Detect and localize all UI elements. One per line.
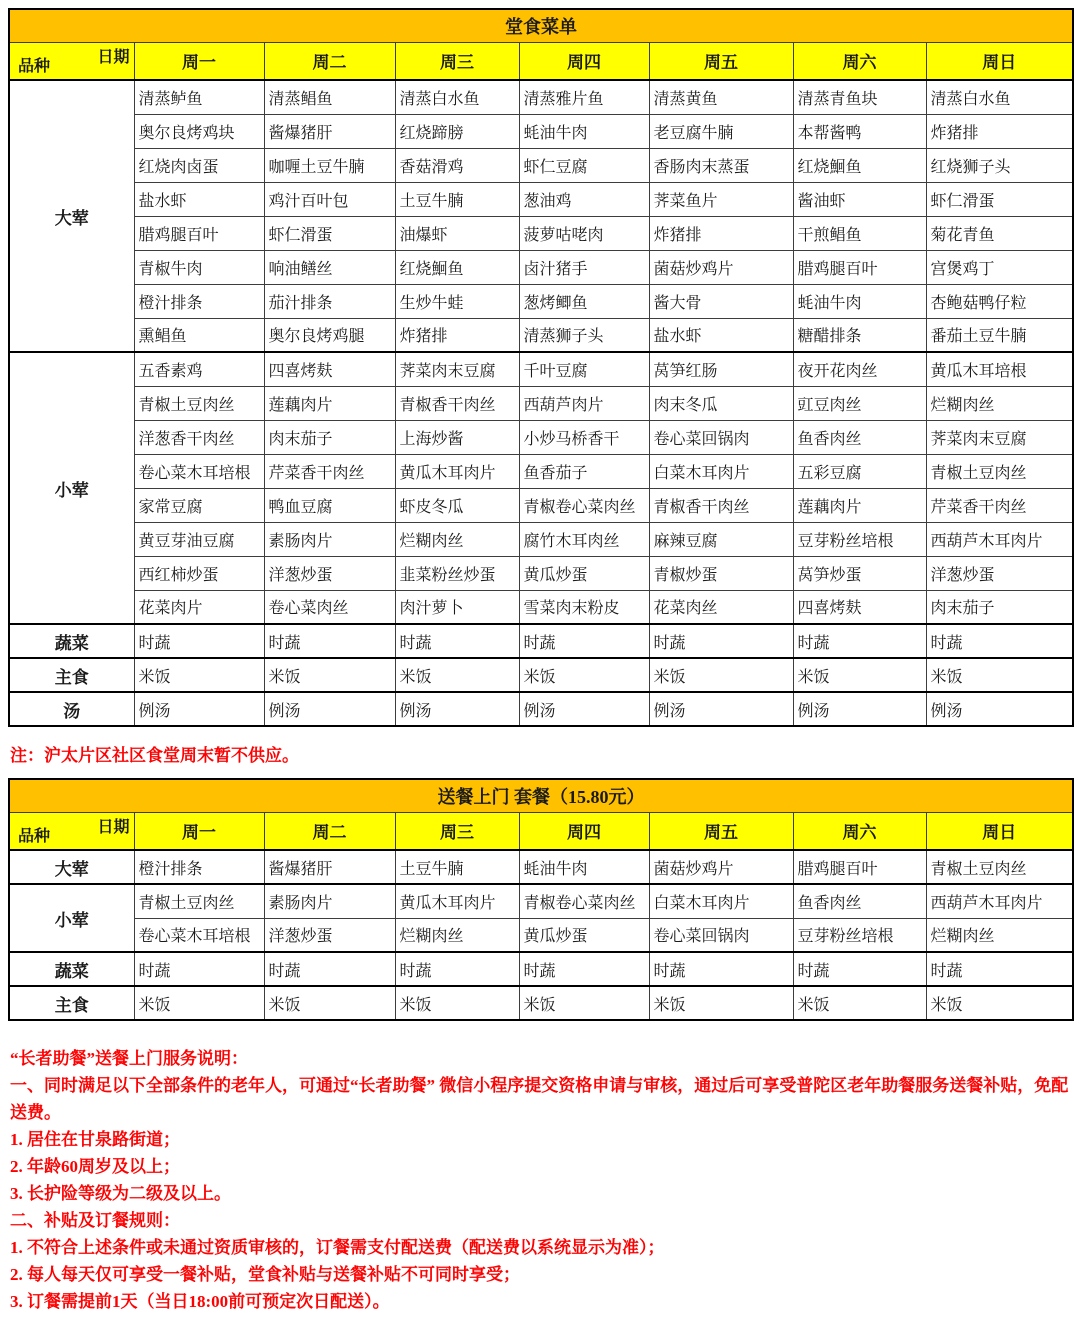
service-note-line: 2. 每人每天仅可享受一餐补贴，堂食补贴与送餐补贴不可同时享受； bbox=[10, 1261, 1070, 1288]
dish-cell: 时蔬 bbox=[649, 952, 793, 986]
dish-cell: 腊鸡腿百叶 bbox=[134, 216, 264, 250]
dish-cell: 番茄土豆牛腩 bbox=[926, 318, 1073, 352]
dish-cell: 青椒牛肉 bbox=[134, 250, 264, 284]
dish-cell: 四喜烤麸 bbox=[264, 352, 395, 386]
dish-cell: 青椒香干肉丝 bbox=[395, 386, 519, 420]
dish-cell: 米饭 bbox=[793, 658, 926, 692]
service-note-line: 3. 长护险等级为二级及以上。 bbox=[10, 1180, 1070, 1207]
dish-cell: 千叶豆腐 bbox=[519, 352, 649, 386]
dish-cell: 西葫芦木耳肉片 bbox=[926, 522, 1073, 556]
dish-cell: 芹菜香干肉丝 bbox=[926, 488, 1073, 522]
dish-cell: 干煎鲳鱼 bbox=[793, 216, 926, 250]
dish-cell: 家常豆腐 bbox=[134, 488, 264, 522]
weekend-note: 注：沪太片区社区食堂周末暂不供应。 bbox=[10, 741, 1070, 766]
day-header: 周五 bbox=[649, 42, 793, 80]
dish-cell: 米饭 bbox=[264, 658, 395, 692]
dish-cell: 本帮酱鸭 bbox=[793, 114, 926, 148]
category-cell: 小荤 bbox=[9, 352, 134, 624]
dish-cell: 橙汁排条 bbox=[134, 850, 264, 884]
dish-cell: 红烧狮子头 bbox=[926, 148, 1073, 182]
dish-cell: 莲藕肉片 bbox=[793, 488, 926, 522]
dish-cell: 红烧鮰鱼 bbox=[793, 148, 926, 182]
day-header: 周二 bbox=[264, 42, 395, 80]
dish-cell: 青椒土豆肉丝 bbox=[134, 884, 264, 918]
category-cell: 小荤 bbox=[9, 884, 134, 952]
dish-cell: 五彩豆腐 bbox=[793, 454, 926, 488]
day-header: 周日 bbox=[926, 812, 1073, 850]
day-header: 周一 bbox=[134, 812, 264, 850]
category-cell: 蔬菜 bbox=[9, 952, 134, 986]
dish-cell: 夜开花肉丝 bbox=[793, 352, 926, 386]
dish-cell: 黄瓜炒蛋 bbox=[519, 556, 649, 590]
day-header: 周六 bbox=[793, 812, 926, 850]
day-header: 周一 bbox=[134, 42, 264, 80]
dish-cell: 熏鲳鱼 bbox=[134, 318, 264, 352]
dish-cell: 杏鲍菇鸭仔粒 bbox=[926, 284, 1073, 318]
dish-cell: 雪菜肉末粉皮 bbox=[519, 590, 649, 624]
dish-cell: 卷心菜木耳培根 bbox=[134, 454, 264, 488]
dish-cell: 酱油虾 bbox=[793, 182, 926, 216]
dish-cell: 土豆牛腩 bbox=[395, 182, 519, 216]
dish-cell: 青椒炒蛋 bbox=[649, 556, 793, 590]
dish-cell: 香菇滑鸡 bbox=[395, 148, 519, 182]
service-note-line: 2. 年龄60周岁及以上； bbox=[10, 1153, 1070, 1180]
dish-cell: 时蔬 bbox=[926, 952, 1073, 986]
corner-date-label: 日期 bbox=[97, 814, 129, 837]
dish-cell: 荠菜鱼片 bbox=[649, 182, 793, 216]
dish-cell: 蚝油牛肉 bbox=[519, 114, 649, 148]
dish-cell: 老豆腐牛腩 bbox=[649, 114, 793, 148]
dish-cell: 炸猪排 bbox=[926, 114, 1073, 148]
category-cell: 大荤 bbox=[9, 850, 134, 884]
dish-cell: 清蒸鲈鱼 bbox=[134, 80, 264, 114]
dish-cell: 生炒牛蛙 bbox=[395, 284, 519, 318]
dish-cell: 肉末冬瓜 bbox=[649, 386, 793, 420]
menu-title: 送餐上门 套餐（15.80元） bbox=[9, 779, 1073, 812]
dish-cell: 洋葱香干肉丝 bbox=[134, 420, 264, 454]
dish-cell: 青椒土豆肉丝 bbox=[926, 850, 1073, 884]
dish-cell: 茄汁排条 bbox=[264, 284, 395, 318]
dish-cell: 小炒马桥香干 bbox=[519, 420, 649, 454]
day-header: 周四 bbox=[519, 812, 649, 850]
dish-cell: 时蔬 bbox=[519, 624, 649, 658]
dish-cell: 菠萝咕咾肉 bbox=[519, 216, 649, 250]
dish-cell: 米饭 bbox=[395, 986, 519, 1020]
dish-cell: 米饭 bbox=[519, 658, 649, 692]
dish-cell: 例汤 bbox=[793, 692, 926, 726]
corner-category-label: 品种 bbox=[18, 823, 50, 846]
dish-cell: 清蒸青鱼块 bbox=[793, 80, 926, 114]
dish-cell: 时蔬 bbox=[649, 624, 793, 658]
dish-cell: 米饭 bbox=[395, 658, 519, 692]
dish-cell: 卷心菜肉丝 bbox=[264, 590, 395, 624]
dish-cell: 素肠肉片 bbox=[264, 522, 395, 556]
dish-cell: 鸡汁百叶包 bbox=[264, 182, 395, 216]
menu-title: 堂食菜单 bbox=[9, 9, 1073, 42]
category-cell: 主食 bbox=[9, 986, 134, 1020]
dish-cell: 豆芽粉丝培根 bbox=[793, 522, 926, 556]
dish-cell: 糖醋排条 bbox=[793, 318, 926, 352]
day-header: 周二 bbox=[264, 812, 395, 850]
dish-cell: 虾皮冬瓜 bbox=[395, 488, 519, 522]
dish-cell: 时蔬 bbox=[264, 624, 395, 658]
dish-cell: 卤汁猪手 bbox=[519, 250, 649, 284]
dish-cell: 青椒卷心菜肉丝 bbox=[519, 884, 649, 918]
dish-cell: 时蔬 bbox=[926, 624, 1073, 658]
dish-cell: 青椒土豆肉丝 bbox=[926, 454, 1073, 488]
dish-cell: 清蒸狮子头 bbox=[519, 318, 649, 352]
dish-cell: 荠菜肉末豆腐 bbox=[926, 420, 1073, 454]
dish-cell: 米饭 bbox=[649, 658, 793, 692]
service-note-line: 1. 居住在甘泉路街道； bbox=[10, 1126, 1070, 1153]
dish-cell: 咖喱土豆牛腩 bbox=[264, 148, 395, 182]
dish-cell: 清蒸白水鱼 bbox=[395, 80, 519, 114]
dish-cell: 麻辣豆腐 bbox=[649, 522, 793, 556]
dish-cell: 蚝油牛肉 bbox=[519, 850, 649, 884]
dish-cell: 虾仁豆腐 bbox=[519, 148, 649, 182]
dish-cell: 清蒸白水鱼 bbox=[926, 80, 1073, 114]
dish-cell: 青椒土豆肉丝 bbox=[134, 386, 264, 420]
dish-cell: 烂糊肉丝 bbox=[395, 522, 519, 556]
dish-cell: 莲藕肉片 bbox=[264, 386, 395, 420]
dish-cell: 例汤 bbox=[519, 692, 649, 726]
day-header: 周日 bbox=[926, 42, 1073, 80]
dish-cell: 虾仁滑蛋 bbox=[264, 216, 395, 250]
dish-cell: 例汤 bbox=[134, 692, 264, 726]
dish-cell: 素肠肉片 bbox=[264, 884, 395, 918]
dish-cell: 豆芽粉丝培根 bbox=[793, 918, 926, 952]
dish-cell: 时蔬 bbox=[395, 624, 519, 658]
dish-cell: 黄瓜木耳肉片 bbox=[395, 884, 519, 918]
service-note-line: “长者助餐”送餐上门服务说明： bbox=[10, 1045, 1070, 1072]
dish-cell: 米饭 bbox=[134, 986, 264, 1020]
dish-cell: 豇豆肉丝 bbox=[793, 386, 926, 420]
dish-cell: 鸭血豆腐 bbox=[264, 488, 395, 522]
dish-cell: 清蒸黄鱼 bbox=[649, 80, 793, 114]
dish-cell: 鱼香肉丝 bbox=[793, 420, 926, 454]
dish-cell: 菌菇炒鸡片 bbox=[649, 850, 793, 884]
dish-cell: 白菜木耳肉片 bbox=[649, 454, 793, 488]
dish-cell: 橙汁排条 bbox=[134, 284, 264, 318]
dish-cell: 时蔬 bbox=[134, 624, 264, 658]
day-header: 周三 bbox=[395, 812, 519, 850]
dish-cell: 西红柿炒蛋 bbox=[134, 556, 264, 590]
service-note-line: 二、补贴及订餐规则： bbox=[10, 1207, 1070, 1234]
dish-cell: 酱爆猪肝 bbox=[264, 114, 395, 148]
dish-cell: 鱼香茄子 bbox=[519, 454, 649, 488]
dish-cell: 蚝油牛肉 bbox=[793, 284, 926, 318]
dish-cell: 米饭 bbox=[926, 986, 1073, 1020]
day-header: 周六 bbox=[793, 42, 926, 80]
dish-cell: 芹菜香干肉丝 bbox=[264, 454, 395, 488]
dish-cell: 红烧蹄膀 bbox=[395, 114, 519, 148]
dish-cell: 烂糊肉丝 bbox=[926, 386, 1073, 420]
dish-cell: 米饭 bbox=[926, 658, 1073, 692]
dish-cell: 腊鸡腿百叶 bbox=[793, 850, 926, 884]
dish-cell: 例汤 bbox=[264, 692, 395, 726]
dish-cell: 洋葱炒蛋 bbox=[264, 556, 395, 590]
dish-cell: 莴笋红肠 bbox=[649, 352, 793, 386]
dish-cell: 奥尔良烤鸡块 bbox=[134, 114, 264, 148]
service-note-line: 1. 不符合上述条件或未通过资质审核的，订餐需支付配送费（配送费以系统显示为准）… bbox=[10, 1234, 1070, 1261]
category-cell: 主食 bbox=[9, 658, 134, 692]
dish-cell: 肉汁萝卜 bbox=[395, 590, 519, 624]
dish-cell: 花菜肉片 bbox=[134, 590, 264, 624]
dish-cell: 葱油鸡 bbox=[519, 182, 649, 216]
dish-cell: 烂糊肉丝 bbox=[926, 918, 1073, 952]
dish-cell: 鱼香肉丝 bbox=[793, 884, 926, 918]
dish-cell: 盐水虾 bbox=[134, 182, 264, 216]
dish-cell: 例汤 bbox=[395, 692, 519, 726]
dish-cell: 荠菜肉末豆腐 bbox=[395, 352, 519, 386]
corner-cell: 日期品种 bbox=[9, 42, 134, 80]
dish-cell: 烂糊肉丝 bbox=[395, 918, 519, 952]
dish-cell: 土豆牛腩 bbox=[395, 850, 519, 884]
dish-cell: 洋葱炒蛋 bbox=[926, 556, 1073, 590]
dish-cell: 时蔬 bbox=[793, 952, 926, 986]
dish-cell: 西葫芦木耳肉片 bbox=[926, 884, 1073, 918]
dish-cell: 肉末茄子 bbox=[264, 420, 395, 454]
dish-cell: 腐竹木耳肉丝 bbox=[519, 522, 649, 556]
dish-cell: 炸猪排 bbox=[395, 318, 519, 352]
corner-category-label: 品种 bbox=[18, 53, 50, 76]
dish-cell: 油爆虾 bbox=[395, 216, 519, 250]
dish-cell: 白菜木耳肉片 bbox=[649, 884, 793, 918]
dish-cell: 香肠肉末蒸蛋 bbox=[649, 148, 793, 182]
dish-cell: 黄瓜木耳培根 bbox=[926, 352, 1073, 386]
dish-cell: 炸猪排 bbox=[649, 216, 793, 250]
dine-in-menu-table: 堂食菜单日期品种周一周二周三周四周五周六周日大荤清蒸鲈鱼清蒸鲳鱼清蒸白水鱼清蒸雅… bbox=[8, 8, 1074, 727]
category-cell: 汤 bbox=[9, 692, 134, 726]
day-header: 周四 bbox=[519, 42, 649, 80]
dish-cell: 菌菇炒鸡片 bbox=[649, 250, 793, 284]
day-header: 周三 bbox=[395, 42, 519, 80]
dish-cell: 奥尔良烤鸡腿 bbox=[264, 318, 395, 352]
service-note-line: 一、同时满足以下全部条件的老年人，可通过“长者助餐” 微信小程序提交资格申请与审… bbox=[10, 1072, 1070, 1126]
dish-cell: 宫煲鸡丁 bbox=[926, 250, 1073, 284]
dish-cell: 米饭 bbox=[793, 986, 926, 1020]
dish-cell: 黄瓜木耳肉片 bbox=[395, 454, 519, 488]
dish-cell: 清蒸雅片鱼 bbox=[519, 80, 649, 114]
dish-cell: 时蔬 bbox=[134, 952, 264, 986]
dish-cell: 洋葱炒蛋 bbox=[264, 918, 395, 952]
dish-cell: 黄豆芽油豆腐 bbox=[134, 522, 264, 556]
dish-cell: 菊花青鱼 bbox=[926, 216, 1073, 250]
dish-cell: 葱烤鲫鱼 bbox=[519, 284, 649, 318]
delivery-menu-table: 送餐上门 套餐（15.80元）日期品种周一周二周三周四周五周六周日大荤橙汁排条酱… bbox=[8, 778, 1074, 1021]
dish-cell: 红烧肉卤蛋 bbox=[134, 148, 264, 182]
dish-cell: 青椒卷心菜肉丝 bbox=[519, 488, 649, 522]
dish-cell: 盐水虾 bbox=[649, 318, 793, 352]
dish-cell: 青椒香干肉丝 bbox=[649, 488, 793, 522]
category-cell: 蔬菜 bbox=[9, 624, 134, 658]
dish-cell: 清蒸鲳鱼 bbox=[264, 80, 395, 114]
dish-cell: 时蔬 bbox=[264, 952, 395, 986]
corner-cell: 日期品种 bbox=[9, 812, 134, 850]
dish-cell: 时蔬 bbox=[395, 952, 519, 986]
dish-cell: 米饭 bbox=[519, 986, 649, 1020]
dish-cell: 五香素鸡 bbox=[134, 352, 264, 386]
corner-date-label: 日期 bbox=[97, 44, 129, 67]
category-cell: 大荤 bbox=[9, 80, 134, 352]
delivery-service-notes: “长者助餐”送餐上门服务说明： 一、同时满足以下全部条件的老年人，可通过“长者助… bbox=[8, 1045, 1072, 1315]
dish-cell: 时蔬 bbox=[793, 624, 926, 658]
dish-cell: 四喜烤麸 bbox=[793, 590, 926, 624]
dish-cell: 米饭 bbox=[134, 658, 264, 692]
dish-cell: 韭菜粉丝炒蛋 bbox=[395, 556, 519, 590]
dish-cell: 红烧鮰鱼 bbox=[395, 250, 519, 284]
dish-cell: 卷心菜回锅肉 bbox=[649, 918, 793, 952]
day-header: 周五 bbox=[649, 812, 793, 850]
dish-cell: 肉末茄子 bbox=[926, 590, 1073, 624]
dish-cell: 虾仁滑蛋 bbox=[926, 182, 1073, 216]
dish-cell: 卷心菜回锅肉 bbox=[649, 420, 793, 454]
dish-cell: 酱爆猪肝 bbox=[264, 850, 395, 884]
dish-cell: 腊鸡腿百叶 bbox=[793, 250, 926, 284]
dish-cell: 卷心菜木耳培根 bbox=[134, 918, 264, 952]
dish-cell: 花菜肉丝 bbox=[649, 590, 793, 624]
dish-cell: 上海炒酱 bbox=[395, 420, 519, 454]
dish-cell: 黄瓜炒蛋 bbox=[519, 918, 649, 952]
dish-cell: 西葫芦肉片 bbox=[519, 386, 649, 420]
dish-cell: 莴笋炒蛋 bbox=[793, 556, 926, 590]
dish-cell: 米饭 bbox=[649, 986, 793, 1020]
dish-cell: 米饭 bbox=[264, 986, 395, 1020]
dish-cell: 例汤 bbox=[926, 692, 1073, 726]
dish-cell: 酱大骨 bbox=[649, 284, 793, 318]
dish-cell: 例汤 bbox=[649, 692, 793, 726]
dish-cell: 时蔬 bbox=[519, 952, 649, 986]
dish-cell: 响油鳝丝 bbox=[264, 250, 395, 284]
